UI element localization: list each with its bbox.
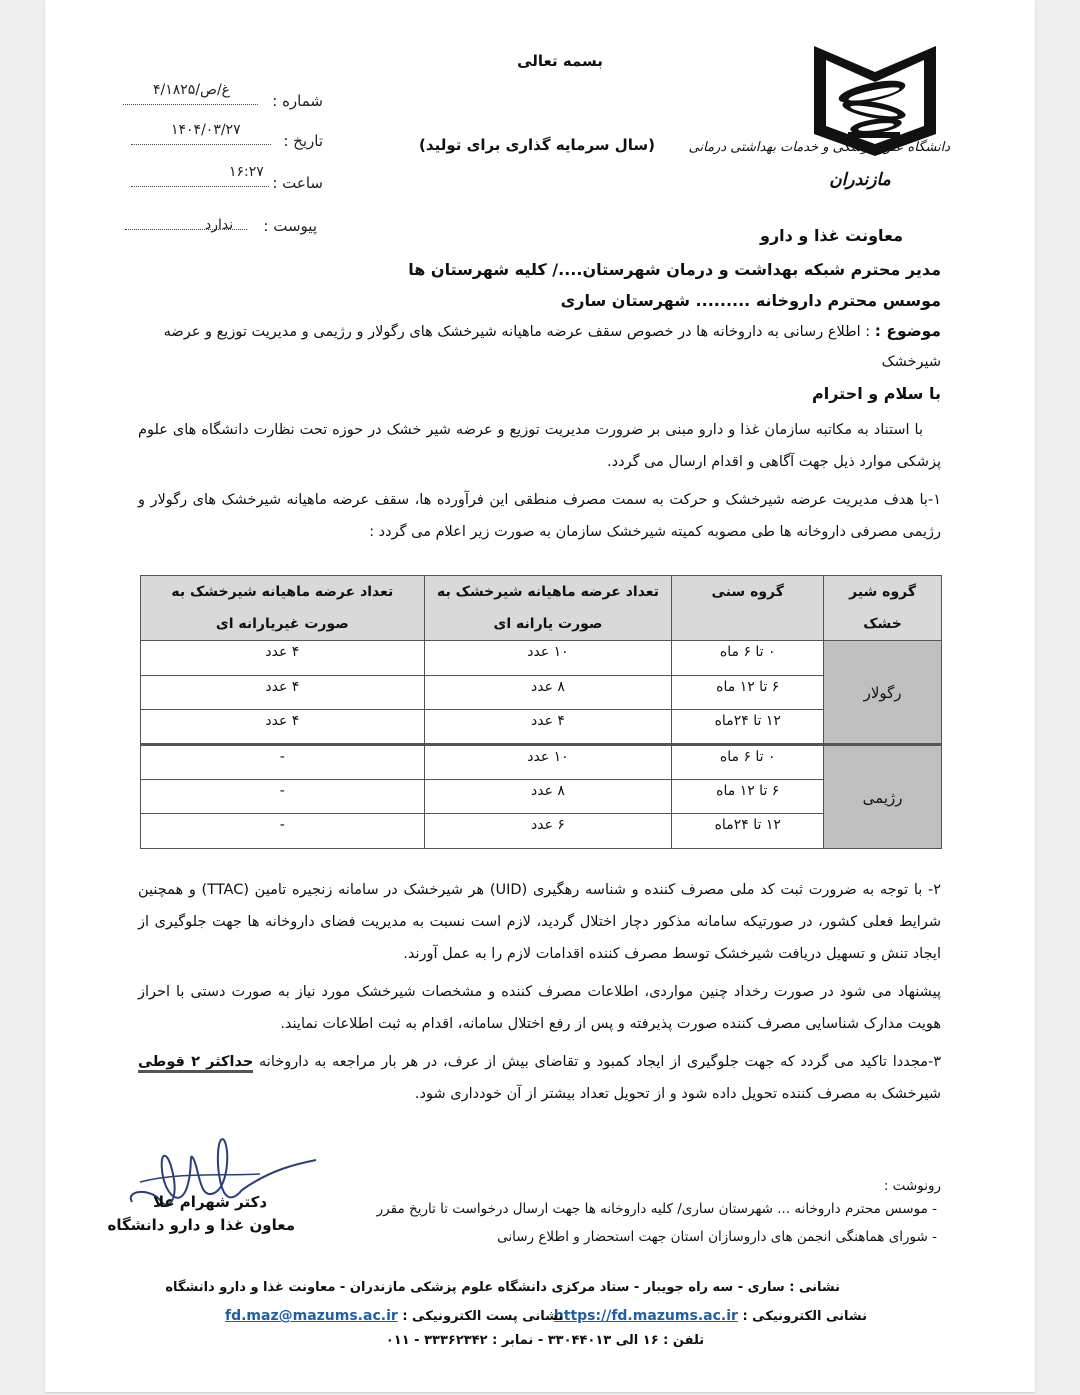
email-link[interactable]: fd.maz@mazums.ac.ir — [225, 1308, 398, 1324]
age-cell: ۰ تا ۶ ماه — [672, 745, 824, 780]
year-slogan: (سال سرمایه گذاری برای تولید) — [440, 136, 655, 154]
non-subsidized-cell: ۴ عدد — [141, 675, 425, 710]
header-non-subsidized: تعداد عرضه ماهیانه شیرخشک به صورت غیریار… — [141, 576, 425, 641]
signatory-title: معاون غذا و دارو دانشگاه — [115, 1216, 295, 1234]
logo-university-name: دانشگاه علوم پزشکی و خدمات بهداشتی درمان… — [780, 140, 950, 155]
subject-label: موضوع : — [875, 322, 941, 340]
cc-title: رونوشت : — [884, 1178, 941, 1194]
number-value: ۴/۱۸۲۵/غ/ص — [153, 82, 230, 98]
letter-page: بسمه تعالی (سال سرمایه گذاری برای تولید)… — [45, 0, 1035, 1392]
cc-item: - موسس محترم داروخانه ... شهرستان ساری/ … — [377, 1201, 937, 1217]
subject-line: موضوع : : اطلاع رسانی به داروخانه ها در … — [164, 322, 941, 340]
header-age-group: گروه سنی — [672, 576, 824, 641]
non-subsidized-cell: ۴ عدد — [141, 641, 425, 676]
footer-phone: تلفن : ۱۶ الی ۳۳۰۴۴۰۱۳ - نمابر : ۳۳۳۶۲۳۴… — [345, 1333, 745, 1348]
subsidized-cell: ۸ عدد — [424, 779, 672, 814]
non-subsidized-cell: - — [141, 814, 425, 849]
group-dietary: رژیمی — [824, 745, 942, 849]
greeting: با سلام و احترام — [812, 384, 941, 403]
department-name: معاونت غذا و دارو — [760, 226, 903, 245]
table-row: ۱۲ تا ۲۴ماه ۴ عدد ۴ عدد — [141, 710, 942, 745]
logo-province-name: مازندران — [820, 170, 900, 190]
age-cell: ۶ تا ۱۲ ماه — [672, 675, 824, 710]
attachment-label: پیوست : — [263, 217, 317, 235]
subject-line-2: شیرخشک — [882, 354, 941, 370]
table-row: ۶ تا ۱۲ ماه ۸ عدد - — [141, 779, 942, 814]
group-regular: رگولار — [824, 641, 942, 745]
non-subsidized-cell: - — [141, 745, 425, 780]
table-row: رگولار ۰ تا ۶ ماه ۱۰ عدد ۴ عدد — [141, 641, 942, 676]
header-milk-group: گروه شیر خشک — [824, 576, 942, 641]
age-cell: ۱۲ تا ۲۴ماه — [672, 710, 824, 745]
intro-paragraph: با استناد به مکاتبه سازمان غذا و دارو مب… — [138, 414, 941, 478]
subsidized-cell: ۴ عدد — [424, 710, 672, 745]
item-3-text-before: ۳-مجددا تاکید می گردد که جهت جلوگیری از … — [253, 1054, 941, 1070]
website-link[interactable]: https://fd.mazums.ac.ir — [554, 1308, 738, 1324]
date-value: ۱۴۰۴/۰۳/۲۷ — [171, 122, 241, 138]
item-3-paragraph: ۳-مجددا تاکید می گردد که جهت جلوگیری از … — [138, 1046, 941, 1110]
subsidized-cell: ۱۰ عدد — [424, 641, 672, 676]
item-1-paragraph: ۱-با هدف مدیریت عرضه شیرخشک و حرکت به سم… — [138, 484, 941, 548]
table-row: ۶ تا ۱۲ ماه ۸ عدد ۴ عدد — [141, 675, 942, 710]
age-cell: ۶ تا ۱۲ ماه — [672, 779, 824, 814]
item-3-text-after: شیرخشک به مصرف کننده تحویل داده شود و از… — [415, 1086, 941, 1102]
footer-email-row: نشانی پست الکترونیکی : fd.maz@mazums.ac.… — [225, 1308, 563, 1324]
subsidized-cell: ۶ عدد — [424, 814, 672, 849]
non-subsidized-cell: - — [141, 779, 425, 814]
footer-address: نشانی : ساری - سه راه جویبار - ستاد مرکز… — [240, 1280, 840, 1295]
table-row: ۱۲ تا ۲۴ماه ۶ عدد - — [141, 814, 942, 849]
footer-website-row: نشانی الکترونیکی : https://fd.mazums.ac.… — [554, 1308, 867, 1324]
signatory-name: دکتر شهرام علا — [140, 1193, 280, 1211]
meta-attachment: ندارد پیوست : — [125, 207, 317, 237]
age-cell: ۰ تا ۶ ماه — [672, 641, 824, 676]
subject-text: : اطلاع رسانی به داروخانه ها در خصوص سقف… — [164, 324, 871, 340]
bismillah-heading: بسمه تعالی — [500, 52, 620, 70]
header-subsidized: تعداد عرضه ماهیانه شیرخشک به صورت یارانه… — [424, 576, 672, 641]
addressee-2: موسس محترم داروخانه ......... شهرستان سا… — [561, 291, 941, 310]
meta-date: ۱۴۰۴/۰۳/۲۷ تاریخ : — [131, 122, 323, 152]
subsidized-cell: ۸ عدد — [424, 675, 672, 710]
table-row: رژیمی ۰ تا ۶ ماه ۱۰ عدد - — [141, 745, 942, 780]
item-2-paragraph: ۲- با توجه به ضرورت ثبت کد ملی مصرف کنند… — [138, 874, 941, 970]
date-label: تاریخ : — [283, 132, 323, 150]
subsidized-cell: ۱۰ عدد — [424, 745, 672, 780]
addressee-1: مدیر محترم شبکه بهداشت و درمان شهرستان..… — [408, 260, 941, 279]
meta-number: ۴/۱۸۲۵/غ/ص شماره : — [123, 82, 323, 112]
attachment-value: ندارد — [205, 217, 233, 233]
number-label: شماره : — [272, 92, 323, 110]
table-header-row: گروه شیر خشک گروه سنی تعداد عرضه ماهیانه… — [141, 576, 942, 641]
milk-quota-table: گروه شیر خشک گروه سنی تعداد عرضه ماهیانه… — [140, 575, 942, 849]
time-label: ساعت : — [272, 174, 323, 192]
age-cell: ۱۲ تا ۲۴ماه — [672, 814, 824, 849]
item-3-emphasis: حداکثر ۲ قوطی — [138, 1054, 253, 1073]
time-value: ۱۶:۲۷ — [229, 164, 264, 180]
website-label: نشانی الکترونیکی : — [742, 1309, 867, 1324]
non-subsidized-cell: ۴ عدد — [141, 710, 425, 745]
email-label: نشانی پست الکترونیکی : — [402, 1309, 563, 1324]
item-2-continuation: پیشنهاد می شود در صورت رخداد چنین مواردی… — [138, 976, 941, 1040]
meta-time: ۱۶:۲۷ ساعت : — [131, 164, 323, 194]
cc-item: - شورای هماهنگی انجمن های داروسازان استا… — [497, 1229, 937, 1245]
